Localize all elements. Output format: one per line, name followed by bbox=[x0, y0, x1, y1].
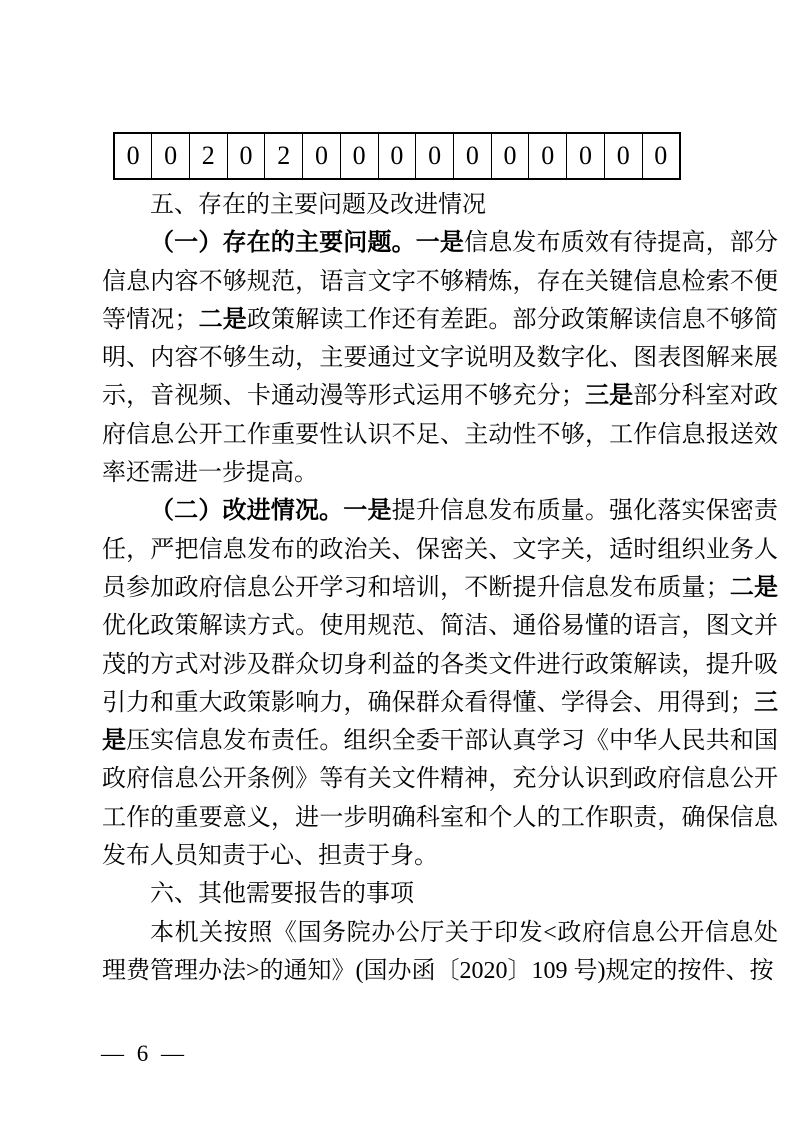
table-row: 0 0 2 0 2 0 0 0 0 0 0 0 0 0 0 bbox=[114, 133, 680, 179]
section-5-heading: 五、存在的主要问题及改进情况 bbox=[102, 186, 778, 224]
table-cell: 2 bbox=[189, 133, 227, 179]
text-run-bold: 三是 bbox=[585, 382, 633, 409]
table-cell: 0 bbox=[340, 133, 378, 179]
table-cell: 0 bbox=[604, 133, 642, 179]
table-cell: 0 bbox=[416, 133, 454, 179]
table-cell: 0 bbox=[567, 133, 605, 179]
table-cell: 0 bbox=[491, 133, 529, 179]
section-5-paragraph-problems: （一）存在的主要问题。一是信息发布质效有待提高，部分信息内容不够规范，语言文字不… bbox=[102, 224, 778, 492]
text-run: 压实信息发布责任。组织全委干部认真学习《中华人民共和国政府信息公开条例》等有关文… bbox=[102, 727, 778, 869]
text-run-bold: （一）存在的主要问题。一是 bbox=[150, 229, 464, 256]
table-cell: 0 bbox=[303, 133, 341, 179]
section-5-paragraph-improvements: （二）改进情况。一是提升信息发布质量。强化落实保密责任，严把信息发布的政治关、保… bbox=[102, 492, 778, 875]
text-run-bold: （二）改进情况。一是 bbox=[150, 497, 392, 524]
table-cell: 0 bbox=[529, 133, 567, 179]
table-cell: 0 bbox=[152, 133, 190, 179]
statistics-table-fragment: 0 0 2 0 2 0 0 0 0 0 0 0 0 0 0 bbox=[113, 132, 681, 180]
table-cell: 0 bbox=[453, 133, 491, 179]
text-run: 优化政策解读方式。使用规范、简洁、通俗易懂的语言，图文并茂的方式对涉及群众切身利… bbox=[102, 612, 778, 716]
page-number: — 6 — bbox=[101, 1041, 184, 1067]
document-page: 0 0 2 0 2 0 0 0 0 0 0 0 0 0 0 五、存在的主要问题及… bbox=[0, 0, 793, 1122]
text-run-bold: 二是 bbox=[730, 574, 778, 601]
text-run-bold: 二是 bbox=[198, 306, 246, 333]
section-6-paragraph: 本机关按照《国务院办公厅关于印发<政府信息公开信息处理费管理办法>的通知》(国办… bbox=[102, 914, 778, 991]
table-cell: 0 bbox=[114, 133, 152, 179]
table-cell: 0 bbox=[227, 133, 265, 179]
table-cell: 0 bbox=[642, 133, 680, 179]
table-cell: 2 bbox=[265, 133, 303, 179]
document-body: 五、存在的主要问题及改进情况 （一）存在的主要问题。一是信息发布质效有待提高，部… bbox=[102, 186, 778, 990]
table-cell: 0 bbox=[378, 133, 416, 179]
section-6-heading: 六、其他需要报告的事项 bbox=[102, 875, 778, 913]
